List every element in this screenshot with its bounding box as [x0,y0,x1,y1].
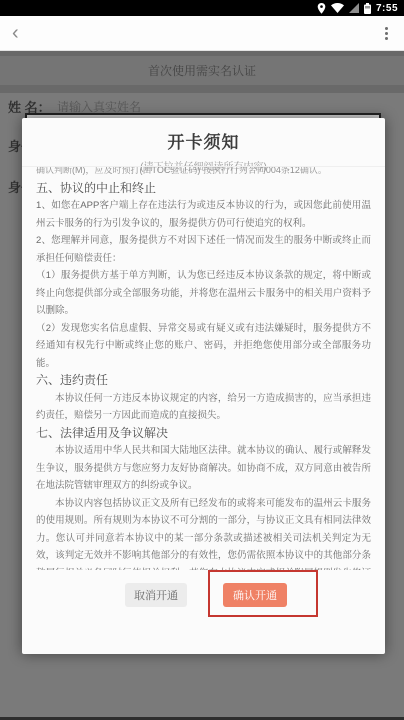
cancel-open-button[interactable]: 取消开通 [125,583,187,607]
status-time: 7:55 [376,3,398,14]
agreement-section-5-heading: 五、协议的中止和终止 [36,180,371,198]
dialog-title: 开卡须知 [22,128,385,153]
id-field-label: 身份 [8,136,23,155]
agreement-paragraph: 本协议内容包括协议正文及所有已经发布的或将来可能发布的温州云卡服务的使用规则。所… [36,495,371,571]
phone-screen: 7:55 ‹ 首次使用需实名认证 姓 名： 请输入真实姓名 身份 身份 开卡须知… [0,0,404,720]
agreement-clipped-line: 确认判断(M)，应及时预打(由TOC验证码) 按执行行为合同004条12确认。 [36,166,371,180]
agreement-paragraph: 本协议适用中华人民共和国大陆地区法律。就本协议的确认、履行或解释发生争议，服务提… [36,442,371,495]
agreement-section-6-heading: 六、违约责任 [36,372,371,390]
agreement-scroll-area[interactable]: 确认判断(M)，应及时预打(由TOC验证码) 按执行行为合同004条12确认。 … [22,166,385,570]
dialog-button-row: 取消开通 确认开通 [22,583,385,607]
agreement-paragraph: （2）发现您实名信息虚假、异常交易或有疑义或有违法嫌疑时，服务提供方不经通知有权… [36,320,371,373]
id-photo-label: 身份 [8,177,23,196]
battery-icon [364,3,371,14]
agreement-paragraph: 1、如您在APP客户端上存在违法行为或违反本协议的行为，或因您此前使用温州云卡服… [36,197,371,232]
back-button[interactable]: ‹ [12,23,19,43]
app-toolbar: ‹ [0,16,404,51]
wifi-icon [331,3,344,13]
cellular-signal-icon [349,3,359,13]
agreement-section-7-heading: 七、法律适用及争议解决 [36,425,371,443]
confirm-open-button[interactable]: 确认开通 [223,583,287,607]
divider [0,85,404,93]
agreement-paragraph: 2、您理解并同意，服务提供方不对因下述任一情况而发生的服务中断或终止而承担任何赔… [36,232,371,267]
page-title: 首次使用需实名认证 [148,62,256,79]
location-icon [317,3,326,14]
card-notice-dialog: 开卡须知 (请下拉并仔细阅读所有内容) 确认判断(M)，应及时预打(由TOC验证… [22,118,385,654]
page-header: 首次使用需实名认证 [0,56,404,85]
overflow-menu-button[interactable] [381,23,392,44]
status-bar: 7:55 [0,0,404,16]
agreement-paragraph: （1）服务提供方基于单方判断，认为您已经违反本协议条款的规定，将中断或终止向您提… [36,267,371,320]
agreement-paragraph: 本协议任何一方违反本协议规定的内容，给另一方造成损害的，应当承担违约责任，赔偿另… [36,390,371,425]
